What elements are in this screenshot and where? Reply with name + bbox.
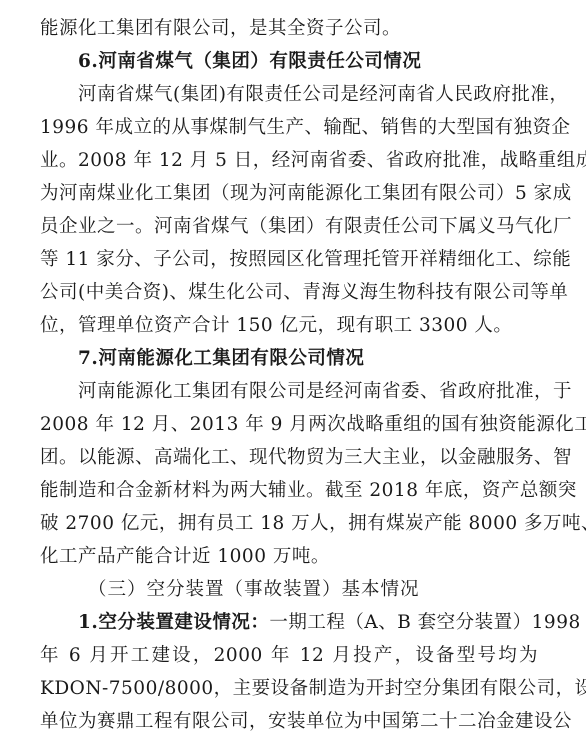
- paragraph-line: 为河南煤业化工集团（现为河南能源化工集团有限公司）5 家成: [40, 177, 538, 210]
- paragraph-line: 位，管理单位资产合计 150 亿元，现有职工 3300 人。: [40, 309, 538, 342]
- section-heading-6: 6.河南省煤气（集团）有限责任公司情况: [78, 45, 538, 78]
- paragraph-line: 化工产品产能合计近 1000 万吨。: [40, 540, 538, 573]
- section-heading-7: 7.河南能源化工集团有限公司情况: [78, 342, 538, 375]
- document-page: 能源化工集团有限公司，是其全资子公司。 6.河南省煤气（集团）有限责任公司情况 …: [0, 0, 586, 755]
- subsection-heading-3: （三）空分装置（事故装置）基本情况: [88, 573, 538, 606]
- paragraph-line: 破 2700 亿元，拥有员工 18 万人，拥有煤炭产能 8000 多万吨、: [40, 507, 538, 540]
- paragraph-line: 员企业之一。河南省煤气（集团）有限责任公司下属义马气化厂: [40, 210, 538, 243]
- inline-heading: 1.空分装置建设情况：: [78, 612, 269, 633]
- paragraph-line: 河南能源化工集团有限公司是经河南省委、省政府批准，于: [78, 375, 538, 408]
- paragraph-line: 1996 年成立的从事煤制气生产、输配、销售的大型国有独资企: [40, 111, 538, 144]
- paragraph-line: 单位为赛鼎工程有限公司，安装单位为中国第二十二冶金建设公: [40, 705, 538, 738]
- paragraph-line: 河南省煤气(集团)有限责任公司是经河南省人民政府批准，: [78, 78, 538, 111]
- paragraph-line: 团。以能源、高端化工、现代物贸为三大主业，以金融服务、智: [40, 441, 538, 474]
- paragraph-line: 等 11 家分、子公司，按照园区化管理托管开祥精细化工、综能: [40, 243, 538, 276]
- paragraph-line: 能制造和合金新材料为两大辅业。截至 2018 年底，资产总额突: [40, 474, 538, 507]
- paragraph-line: 公司(中美合资)、煤生化公司、青海义海生物科技有限公司等单: [40, 276, 538, 309]
- paragraph-line: 年 6 月开工建设，2000 年 12 月投产，设备型号均为: [40, 639, 538, 672]
- paragraph-line: 2008 年 12 月、2013 年 9 月两次战略重组的国有独资能源化工集: [40, 408, 538, 441]
- paragraph-line: 能源化工集团有限公司，是其全资子公司。: [40, 12, 538, 45]
- paragraph-line: 业。2008 年 12 月 5 日，经河南省委、省政府批准，战略重组成: [40, 144, 538, 177]
- paragraph-line-mixed: 1.空分装置建设情况：一期工程（A、B 套空分装置）1998: [78, 606, 538, 639]
- paragraph-line: KDON-7500/8000，主要设备制造为开封空分集团有限公司，设计: [40, 672, 538, 705]
- inline-text: 一期工程（A、B 套空分装置）1998: [269, 612, 580, 633]
